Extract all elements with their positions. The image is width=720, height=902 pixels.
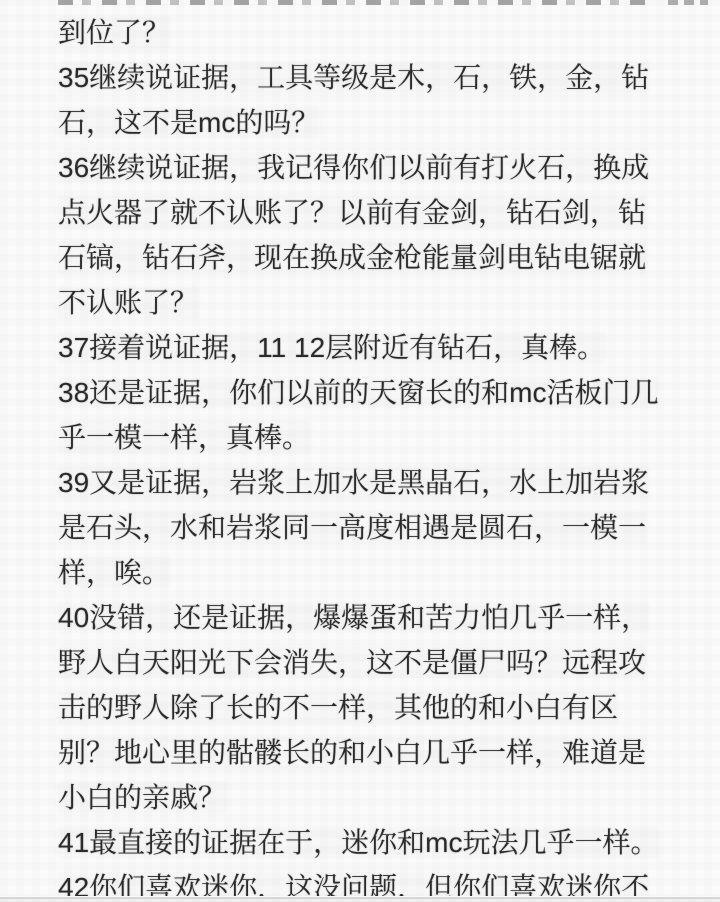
text-line: 别？地心里的骷髅长的和小白几乎一样，难道是 — [58, 730, 712, 775]
text-line: 41最直接的证据在于，迷你和mc玩法几乎一样。 — [58, 820, 712, 865]
text-line: 小白的亲戚？ — [58, 775, 712, 820]
text-line: 40没错，还是证据，爆爆蛋和苦力怕几乎一样， — [58, 595, 712, 640]
text-line-content: 样，唉。 — [58, 557, 170, 588]
text-line-content: 40没错，还是证据，爆爆蛋和苦力怕几乎一样， — [58, 602, 649, 633]
text-line-content: 37接着说证据，11 12层附近有钻石，真棒。 — [58, 332, 605, 363]
text-line-content: 点火器了就不认账了？以前有金剑，钻石剑，钻 — [58, 197, 646, 228]
text-line: 样，唉。 — [58, 550, 712, 595]
text-line-content: 41最直接的证据在于，迷你和mc玩法几乎一样。 — [58, 827, 658, 858]
text-line: 乎一模一样，真棒。 — [58, 415, 712, 460]
text-line: 是石头，水和岩浆同一高度相遇是圆石，一模一 — [58, 505, 712, 550]
text-line: 37接着说证据，11 12层附近有钻石，真棒。 — [58, 325, 712, 370]
text-body: 到位了？35继续说证据，工具等级是木，石，铁，金，钻石，这不是mc的吗？36继续… — [58, 10, 712, 902]
text-line-content: 36继续说证据，我记得你们以前有打火石，换成 — [58, 152, 649, 183]
text-line-content: 乎一模一样，真棒。 — [58, 422, 310, 453]
text-line-content: 39又是证据，岩浆上加水是黑晶石，水上加岩浆 — [58, 467, 649, 498]
text-line-content: 别？地心里的骷髅长的和小白几乎一样，难道是 — [58, 737, 646, 768]
text-line-content: 击的野人除了长的不一样，其他的和小白有区 — [58, 692, 618, 723]
screenshot-page: { "page": { "background_color": "#fbfbfb… — [0, 0, 720, 902]
text-line: 石镐，钻石斧，现在换成金枪能量剑电钻电锯就 — [58, 235, 712, 280]
text-line-content: 石，这不是mc的吗？ — [58, 107, 319, 138]
text-line-content: 小白的亲戚？ — [58, 782, 226, 813]
text-line-content: 不认账了？ — [58, 287, 198, 318]
text-line-content: 野人白天阳光下会消失，这不是僵尸吗？远程攻 — [58, 647, 646, 678]
text-line: 38还是证据，你们以前的天窗长的和mc活板门几 — [58, 370, 712, 415]
cropped-previous-line-remnant-right — [668, 0, 708, 5]
text-line: 击的野人除了长的不一样，其他的和小白有区 — [58, 685, 712, 730]
text-line: 36继续说证据，我记得你们以前有打火石，换成 — [58, 145, 712, 190]
text-line-content: 到位了？ — [58, 17, 170, 48]
cropped-previous-line-remnant — [58, 0, 646, 5]
text-line: 野人白天阳光下会消失，这不是僵尸吗？远程攻 — [58, 640, 712, 685]
text-line-content: 是石头，水和岩浆同一高度相遇是圆石，一模一 — [58, 512, 646, 543]
text-line: 石，这不是mc的吗？ — [58, 100, 712, 145]
text-line: 不认账了？ — [58, 280, 712, 325]
text-line-content: 35继续说证据，工具等级是木，石，铁，金，钻 — [58, 62, 649, 93]
text-line-content: 38还是证据，你们以前的天窗长的和mc活板门几 — [58, 377, 658, 408]
bottom-edge-strip — [0, 896, 720, 902]
text-line: 35继续说证据，工具等级是木，石，铁，金，钻 — [58, 55, 712, 100]
text-line: 39又是证据，岩浆上加水是黑晶石，水上加岩浆 — [58, 460, 712, 505]
text-line: 到位了？ — [58, 10, 712, 55]
text-line: 点火器了就不认账了？以前有金剑，钻石剑，钻 — [58, 190, 712, 235]
text-line-content: 石镐，钻石斧，现在换成金枪能量剑电钻电锯就 — [58, 242, 646, 273]
